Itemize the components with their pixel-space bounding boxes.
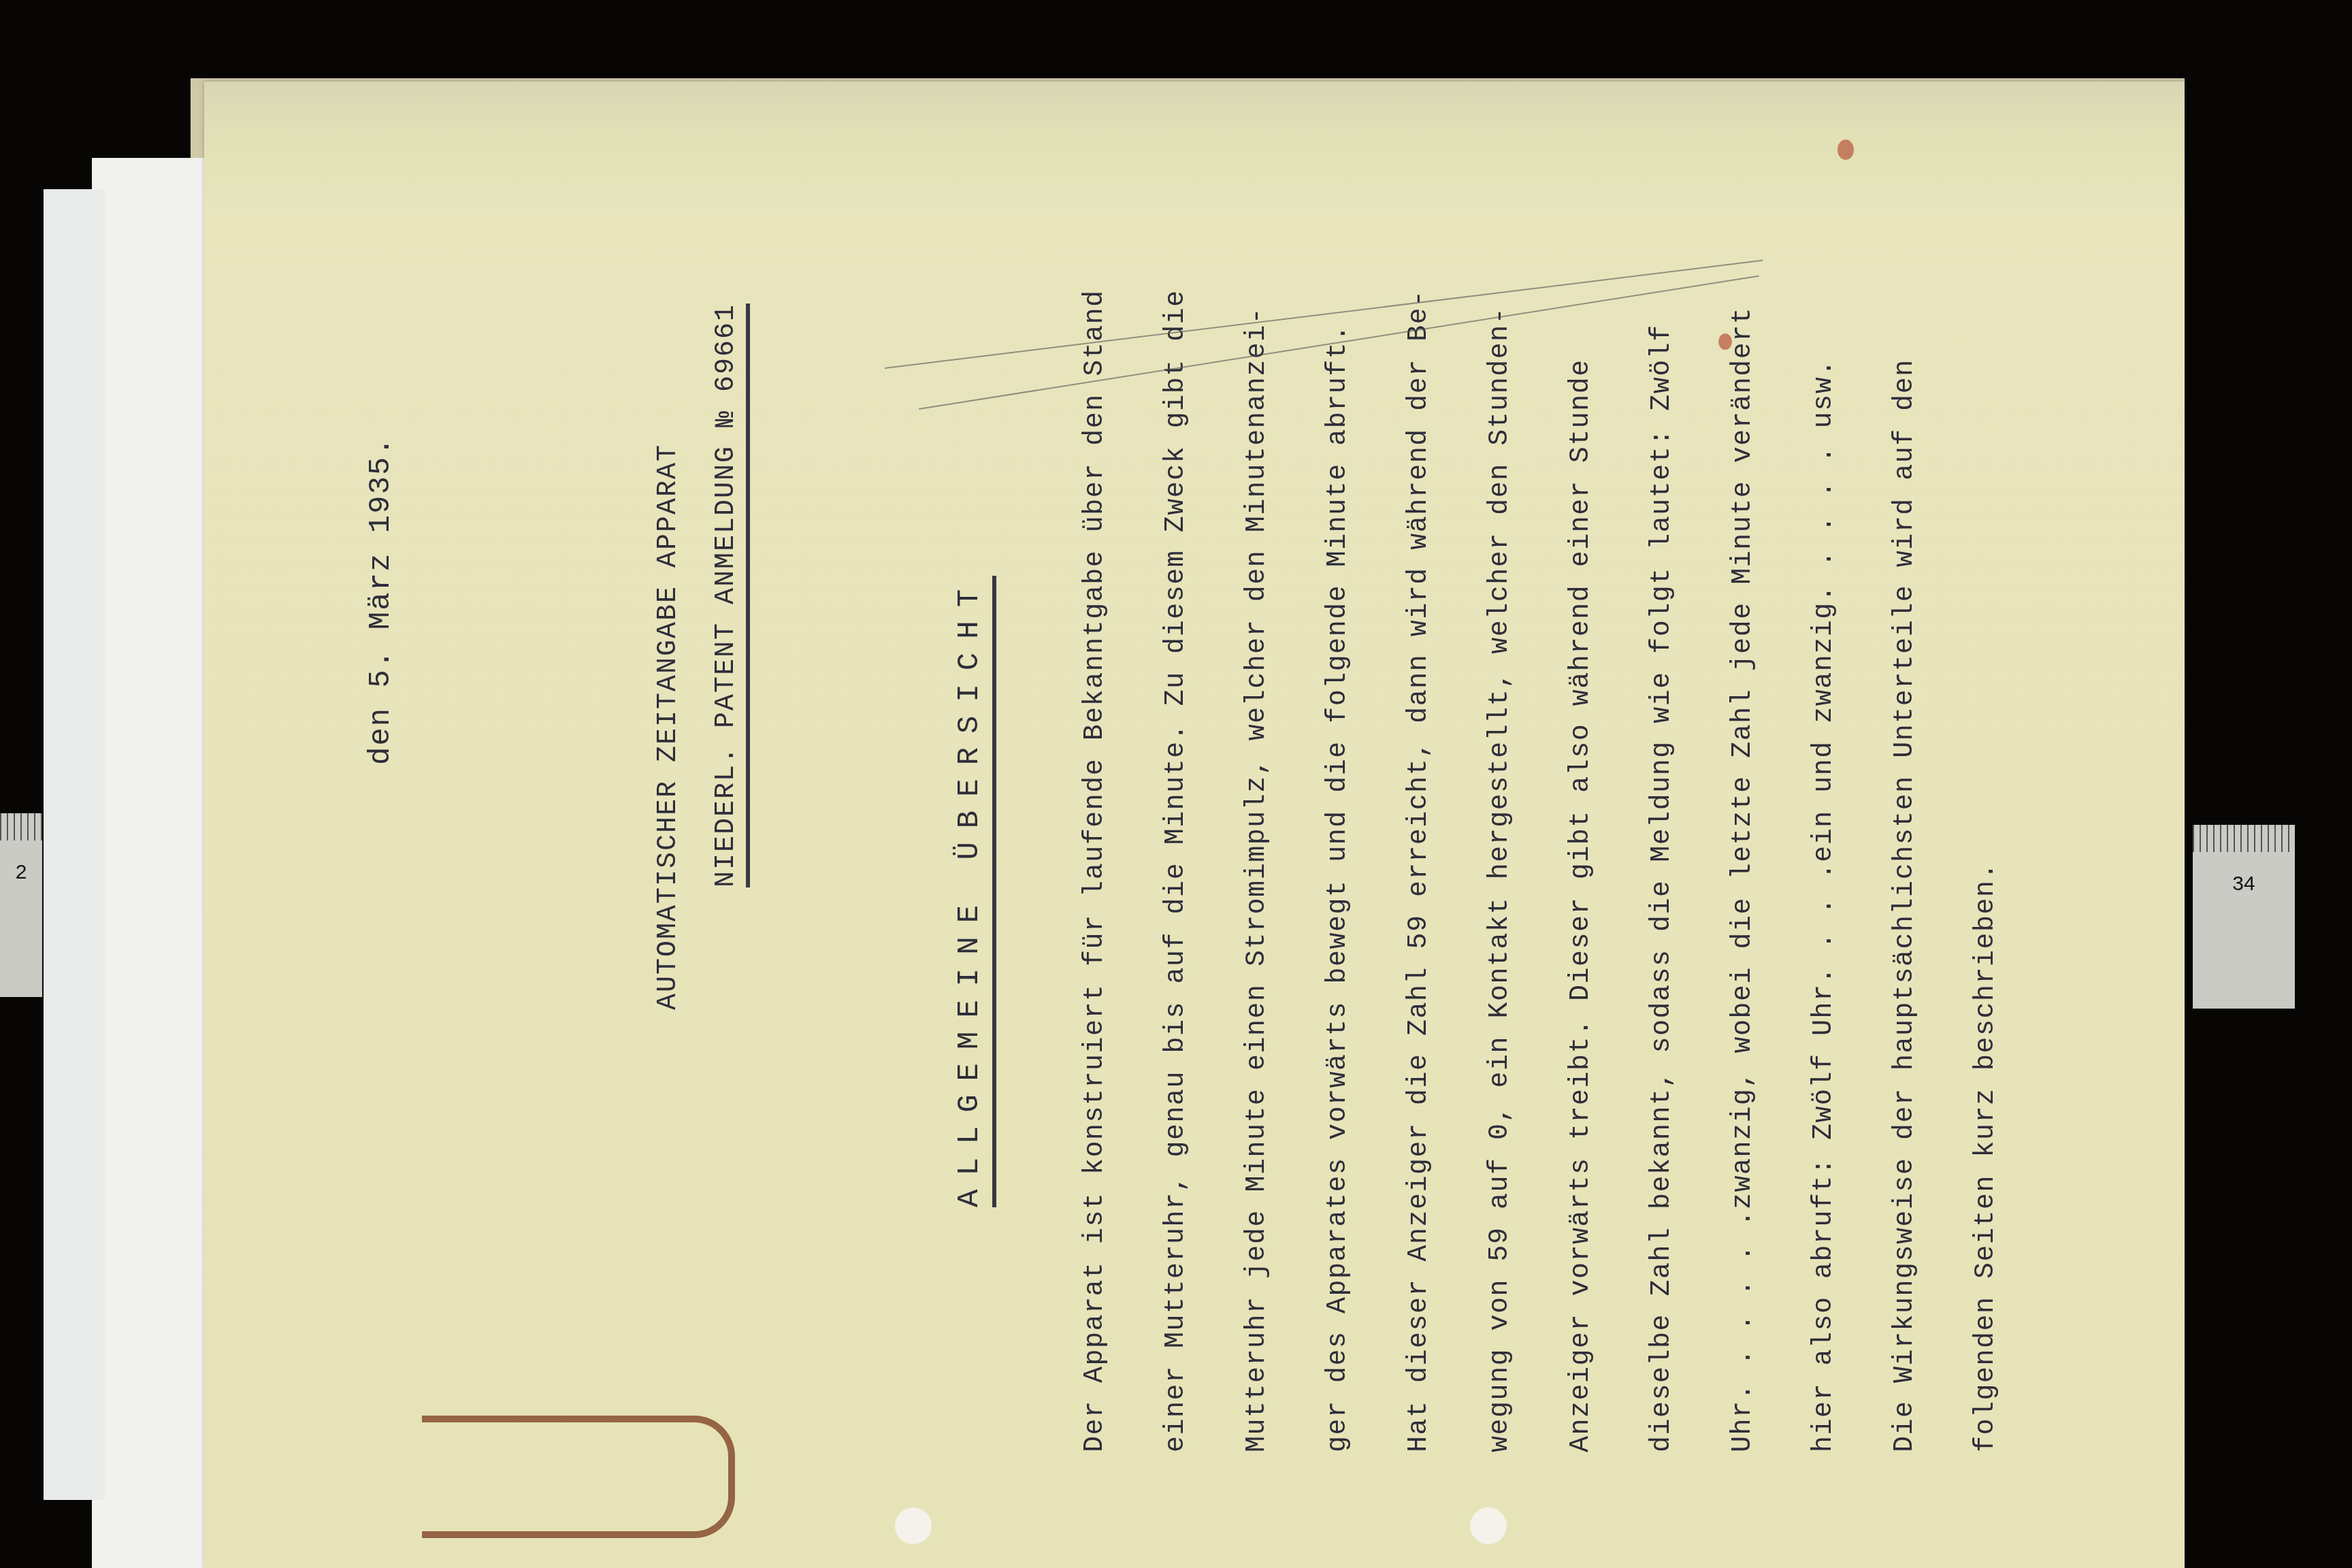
- ruler-label: 2: [0, 861, 42, 884]
- ruler-left: 2: [0, 813, 42, 997]
- rust-stain: [1718, 333, 1732, 350]
- body-text: Der Apparat ist konstruiert für laufende…: [1055, 159, 2027, 1452]
- body-line: Hat dieser Anzeiger die Zahl 59 erreicht…: [1379, 159, 1460, 1452]
- body-line: Uhr. . . . . .zwanzig, wobei die letzte …: [1703, 159, 1784, 1452]
- document-date: den 5. März 1935.: [364, 436, 398, 765]
- body-line: Der Apparat ist konstruiert für laufende…: [1055, 159, 1136, 1452]
- ruler-label: 34: [2193, 872, 2295, 896]
- body-line: Mutteruhr jede Minute einen Stromimpulz,…: [1217, 159, 1298, 1452]
- body-line: folgenden Seiten kurz beschrieben.: [1946, 159, 2027, 1452]
- rust-stain: [1837, 140, 1854, 160]
- body-line: hier also abruft: Zwölf Uhr. . . .ein un…: [1784, 159, 1865, 1452]
- body-line: Anzeiger vorwärts treibt. Dieser gibt al…: [1541, 159, 1622, 1452]
- body-line: wegung von 59 auf 0, ein Kontakt hergest…: [1460, 159, 1541, 1452]
- document-page: den 5. März 1935. AUTOMATISCHER ZEITANGA…: [204, 82, 2185, 1568]
- body-line: ger des Apparates vorwärts bewegt und di…: [1298, 159, 1379, 1452]
- patent-application-number: NIEDERL. PATENT ANMELDUNG № 69661: [711, 304, 750, 887]
- paperclip-rust-mark: [422, 1416, 735, 1538]
- ruler-right: 34: [2193, 825, 2295, 1009]
- body-line: einer Mutteruhr, genau bis auf die Minut…: [1136, 159, 1217, 1452]
- body-line: Die Wirkungsweise der hauptsächlichsten …: [1865, 159, 1946, 1452]
- white-card-edge: [44, 189, 105, 1500]
- punch-hole: [895, 1507, 932, 1544]
- punch-hole: [1470, 1507, 1507, 1544]
- body-line: dieselbe Zahl bekannt, sodass die Meldun…: [1622, 159, 1703, 1452]
- document-title: AUTOMATISCHER ZEITANGABE APPARAT: [653, 444, 684, 1010]
- ruler-ticks: [2193, 825, 2295, 852]
- ruler-ticks: [0, 813, 42, 840]
- section-heading: ALLGEMEINE ÜBERSICHT: [953, 576, 996, 1207]
- rotated-content: den 5. März 1935. AUTOMATISCHER ZEITANGA…: [204, 82, 2185, 1568]
